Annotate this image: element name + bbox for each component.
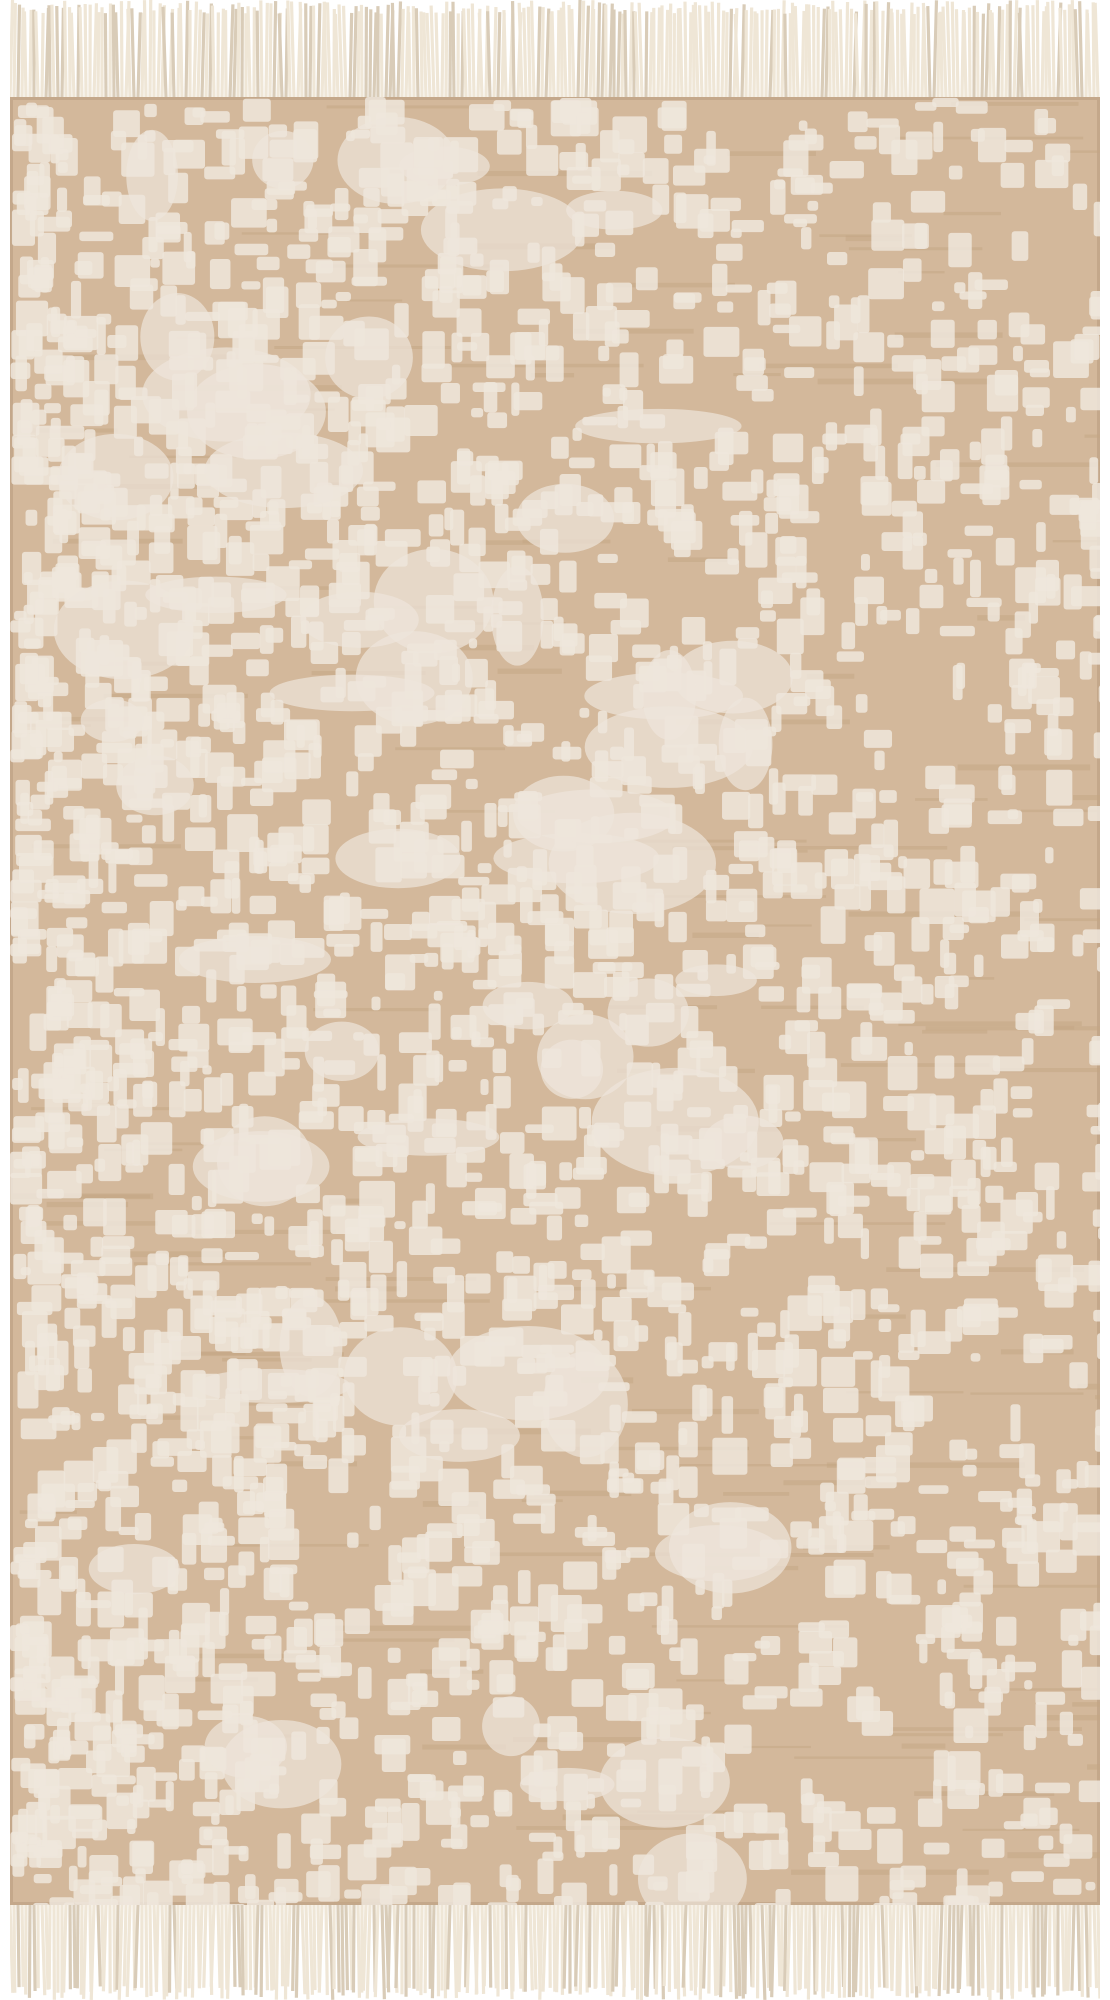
rug-field xyxy=(10,97,1100,1905)
rug xyxy=(10,0,1100,2000)
bottom-fringe xyxy=(10,1905,1100,2000)
top-fringe xyxy=(10,0,1100,97)
